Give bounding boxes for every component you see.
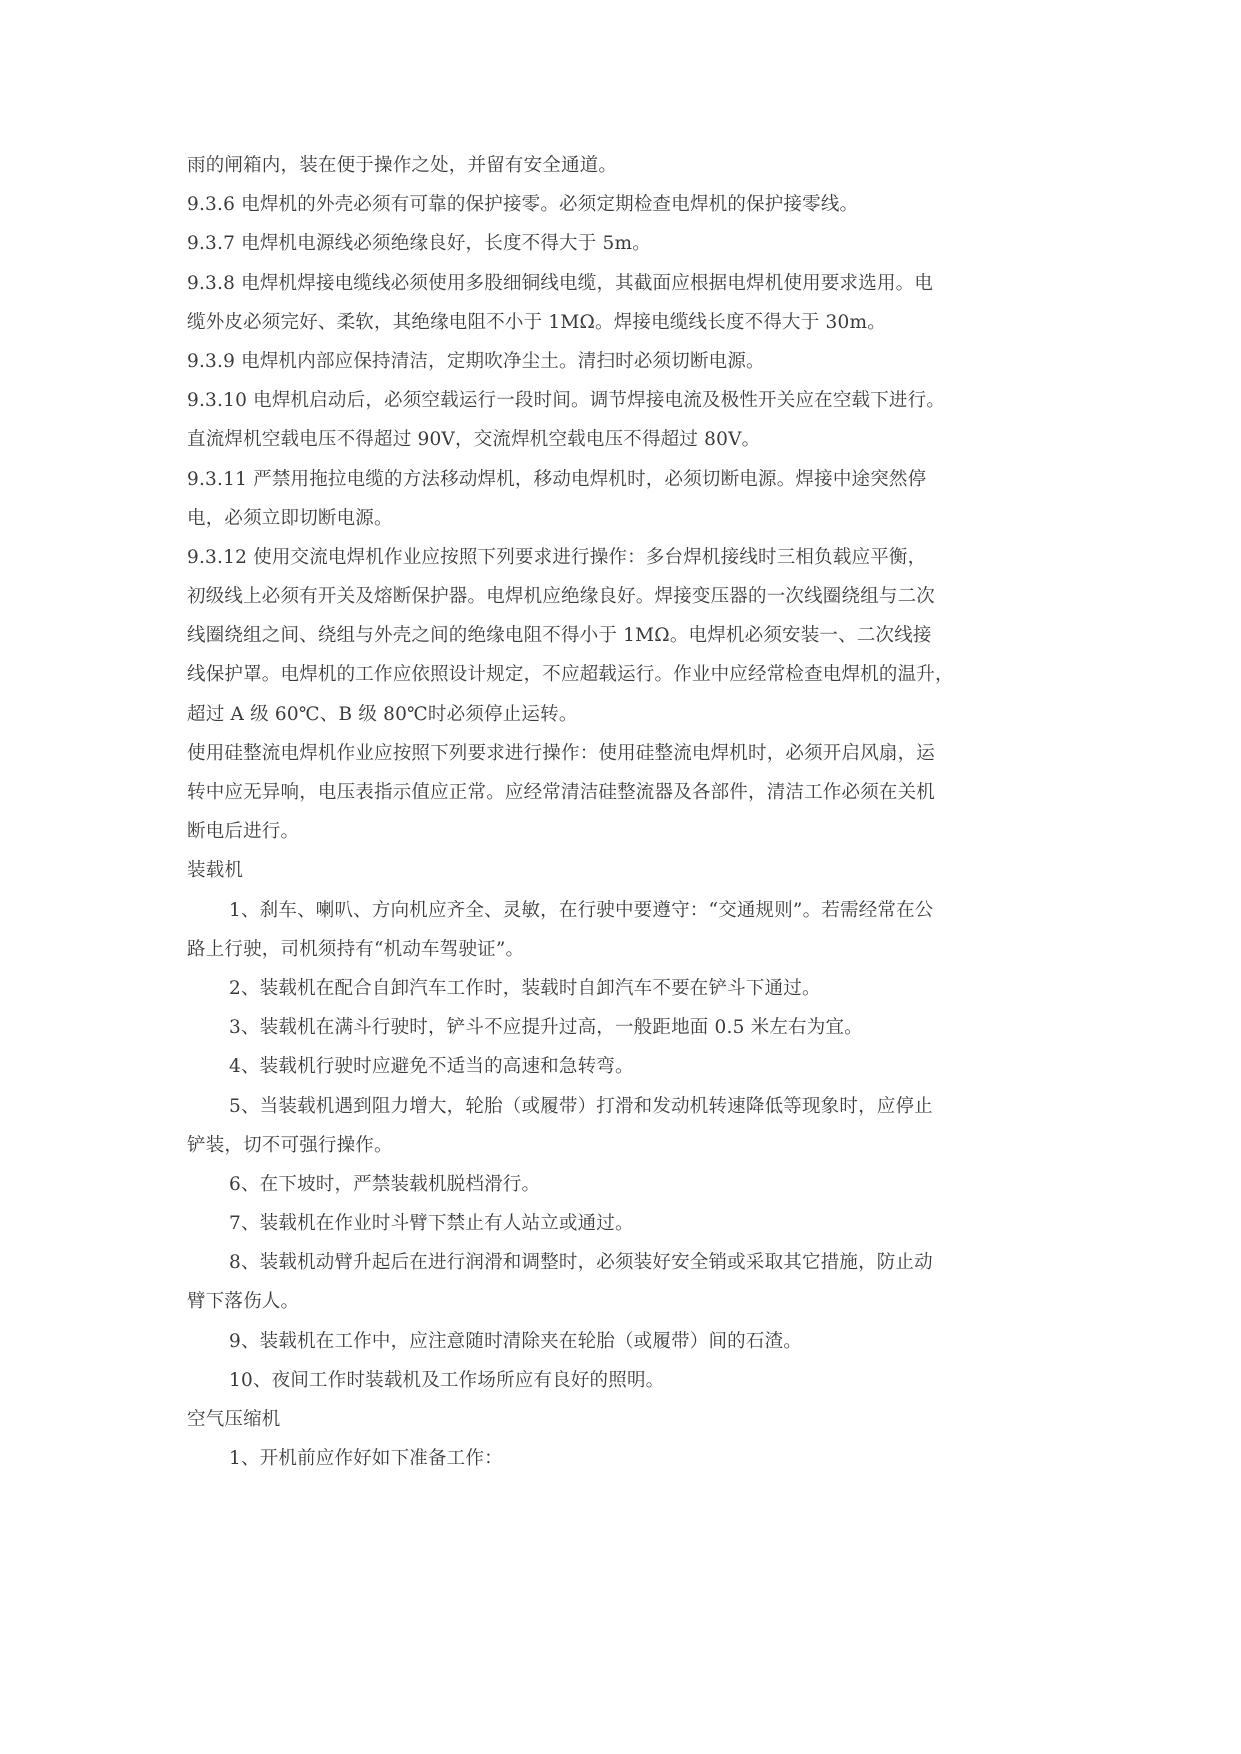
- loader-item-3: 3、装载机在满斗行驶时，铲斗不应提升过高，一般距地面 0.5 米左右为宜。: [187, 1008, 1055, 1047]
- section-heading-loader: 装载机: [187, 851, 1055, 890]
- text-line-continuation: 雨的闸箱内，装在便于操作之处，并留有安全通道。: [187, 146, 1055, 185]
- loader-item-5-cont: 铲装，切不可强行操作。: [187, 1126, 1055, 1165]
- loader-item-10: 10、夜间工作时装载机及工作场所应有良好的照明。: [187, 1361, 1055, 1400]
- loader-item-4: 4、装载机行驶时应避免不适当的高速和急转弯。: [187, 1047, 1055, 1086]
- loader-item-8: 8、装载机动臂升起后在进行润滑和调整时，必须装好安全销或采取其它措施，防止动: [187, 1243, 1055, 1282]
- loader-item-7: 7、装载机在作业时斗臂下禁止有人站立或通过。: [187, 1204, 1055, 1243]
- clause-9-3-12-cont-4: 超过 A 级 60℃、B 级 80℃时必须停止运转。: [187, 695, 1055, 734]
- loader-item-1: 1、刹车、喇叭、方向机应齐全、灵敏，在行驶中要遵守：“交通规则”。若需经常在公: [187, 891, 1055, 930]
- loader-item-1-cont: 路上行驶，司机须持有“机动车驾驶证”。: [187, 930, 1055, 969]
- clause-9-3-12-cont-2: 线圈绕组之间、绕组与外壳之间的绝缘电阻不得小于 1MΩ。电焊机必须安装一、二次线…: [187, 616, 1055, 655]
- clause-9-3-6: 9.3.6 电焊机的外壳必须有可靠的保护接零。必须定期检查电焊机的保护接零线。: [187, 185, 1055, 224]
- section-heading-air-compressor: 空气压缩机: [187, 1400, 1055, 1439]
- document-body: 雨的闸箱内，装在便于操作之处，并留有安全通道。 9.3.6 电焊机的外壳必须有可…: [187, 146, 1055, 1478]
- clause-9-3-8-cont: 缆外皮必须完好、柔软，其绝缘电阻不小于 1MΩ。焊接电缆线长度不得大于 30m。: [187, 303, 1055, 342]
- rectifier-welder-paragraph-cont-1: 转中应无异响，电压表指示值应正常。应经常清洁硅整流器及各部件，清洁工作必须在关机: [187, 773, 1055, 812]
- loader-item-5: 5、当装载机遇到阻力增大，轮胎（或履带）打滑和发动机转速降低等现象时，应停止: [187, 1087, 1055, 1126]
- clause-9-3-9: 9.3.9 电焊机内部应保持清洁，定期吹净尘土。清扫时必须切断电源。: [187, 342, 1055, 381]
- loader-item-6: 6、在下坡时，严禁装载机脱档滑行。: [187, 1165, 1055, 1204]
- clause-9-3-10-cont: 直流焊机空载电压不得超过 90V，交流焊机空载电压不得超过 80V。: [187, 420, 1055, 459]
- loader-item-2: 2、装载机在配合自卸汽车工作时，装载时自卸汽车不要在铲斗下通过。: [187, 969, 1055, 1008]
- clause-9-3-11-cont: 电，必须立即切断电源。: [187, 499, 1055, 538]
- clause-9-3-12-cont-1: 初级线上必须有开关及熔断保护器。电焊机应绝缘良好。焊接变压器的一次线圈绕组与二次: [187, 577, 1055, 616]
- loader-item-8-cont: 臂下落伤人。: [187, 1282, 1055, 1321]
- compressor-item-1: 1、开机前应作好如下准备工作：: [187, 1439, 1055, 1478]
- clause-9-3-11: 9.3.11 严禁用拖拉电缆的方法移动焊机，移动电焊机时，必须切断电源。焊接中途…: [187, 460, 1055, 499]
- document-page: 雨的闸箱内，装在便于操作之处，并留有安全通道。 9.3.6 电焊机的外壳必须有可…: [0, 0, 1241, 1754]
- clause-9-3-12-cont-3: 线保护罩。电焊机的工作应依照设计规定，不应超载运行。作业中应经常检查电焊机的温升…: [187, 655, 1055, 694]
- clause-9-3-12: 9.3.12 使用交流电焊机作业应按照下列要求进行操作：多台焊机接线时三相负载应…: [187, 538, 1055, 577]
- clause-9-3-8: 9.3.8 电焊机焊接电缆线必须使用多股细铜线电缆，其截面应根据电焊机使用要求选…: [187, 264, 1055, 303]
- clause-9-3-10: 9.3.10 电焊机启动后，必须空载运行一段时间。调节焊接电流及极性开关应在空载…: [187, 381, 1055, 420]
- rectifier-welder-paragraph-cont-2: 断电后进行。: [187, 812, 1055, 851]
- rectifier-welder-paragraph: 使用硅整流电焊机作业应按照下列要求进行操作：使用硅整流电焊机时，必须开启风扇，运: [187, 734, 1055, 773]
- clause-9-3-7: 9.3.7 电焊机电源线必须绝缘良好，长度不得大于 5m。: [187, 224, 1055, 263]
- loader-item-9: 9、装载机在工作中，应注意随时清除夹在轮胎（或履带）间的石渣。: [187, 1322, 1055, 1361]
